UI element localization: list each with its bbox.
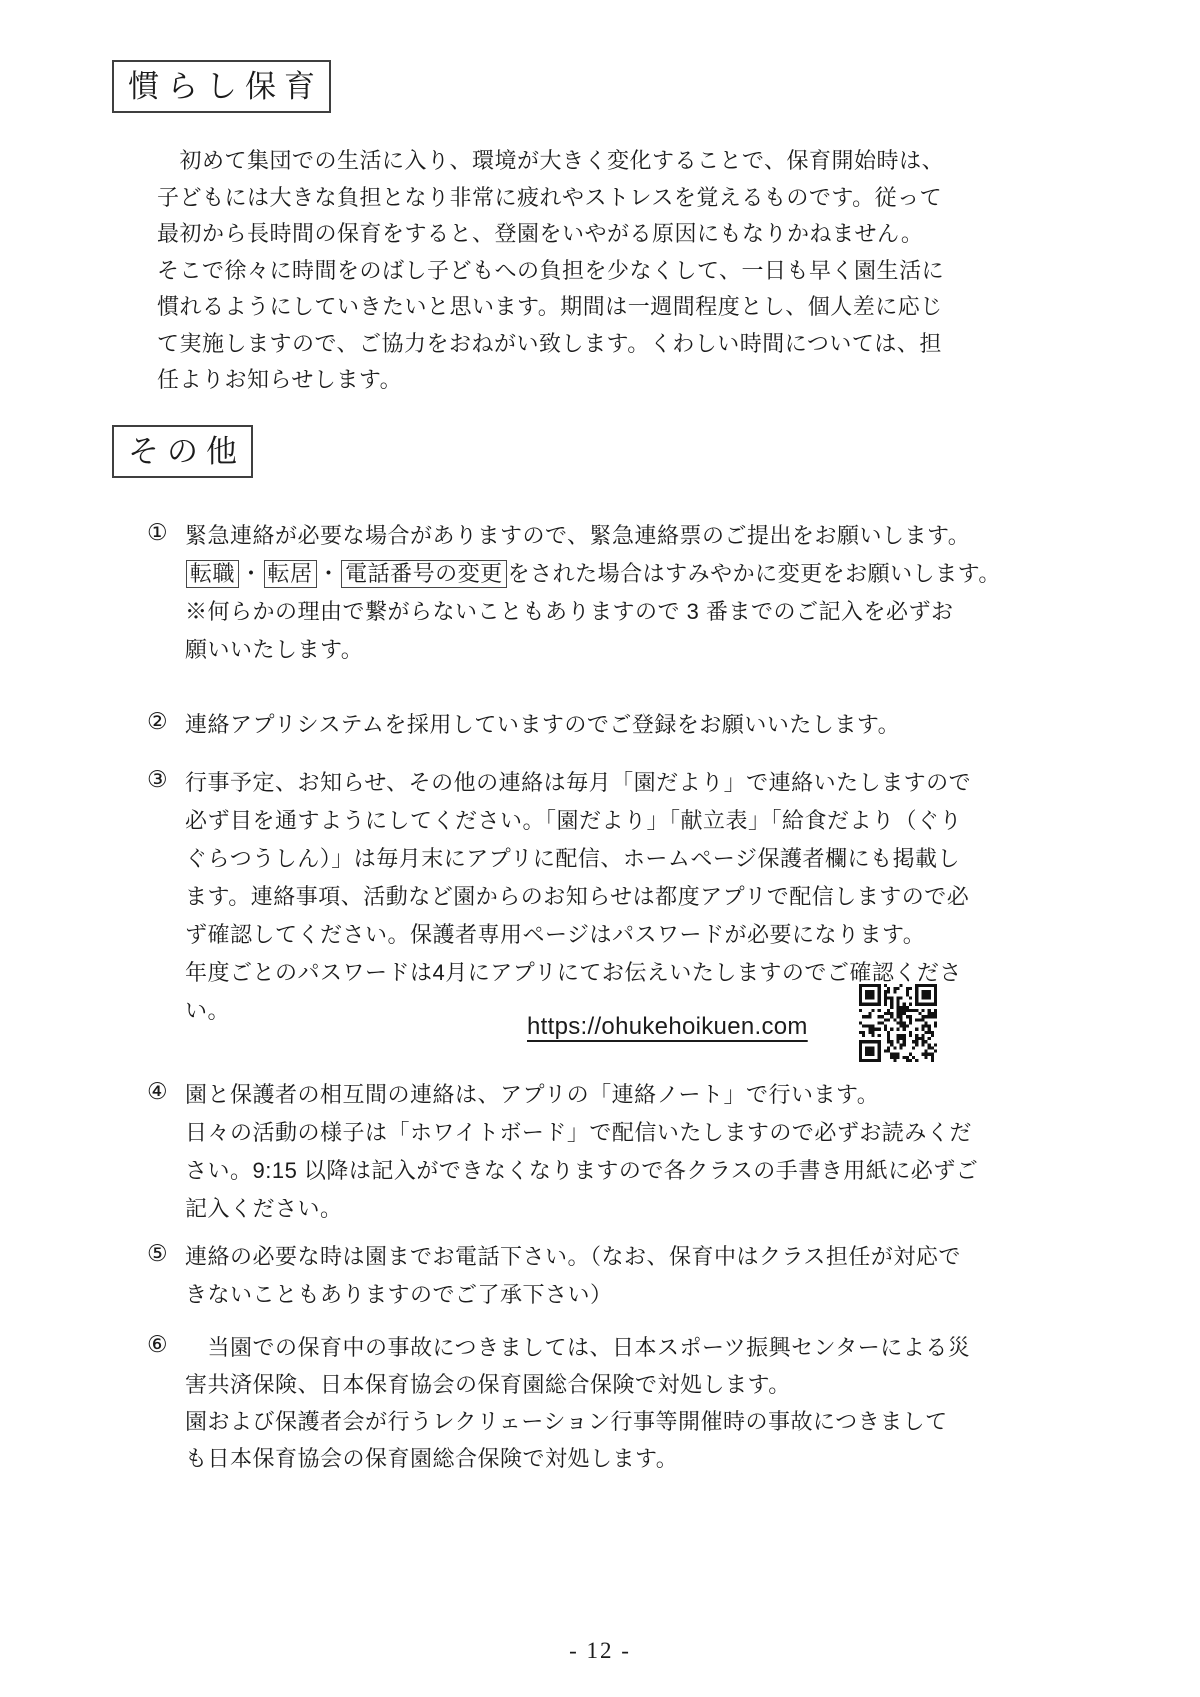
text-line: 園および保護者会が行うレクリェーション行事等開催時の事故につきまして — [185, 1403, 975, 1440]
separator-dot: ・ — [318, 561, 341, 586]
item2-number: ② — [147, 708, 168, 735]
text-line: 日々の活動の様子は「ホワイトボード」で配信いたしますので必ずお読みくだ — [185, 1114, 975, 1152]
text-line: 年度ごとのパスワードは4月にアプリにてお伝えいたしますのでご確認くださ — [185, 954, 975, 992]
qr-code-icon — [859, 984, 937, 1062]
text-line: 子どもには大きな負担となり非常に疲れやストレスを覚えるものです。従って — [157, 180, 952, 217]
item2-body: 連絡アプリシステムを採用していますのでご登録をお願いいたします。 — [185, 706, 975, 744]
text-line: 必ず目を通すようにしてください。「園だより」「献立表」「給食だより（ぐり — [185, 802, 975, 840]
text-line: 連絡の必要な時は園までお電話下さい。（なお、保育中はクラス担任が対応で — [185, 1238, 975, 1276]
text-line: ず確認してください。保護者専用ページはパスワードが必要になります。 — [185, 916, 975, 954]
text-line: ※何らかの理由で繋がらないこともありますので 3 番までのご記入を必ずお — [185, 593, 975, 631]
page-number: - 12 - — [0, 1638, 1200, 1664]
item4-number: ④ — [147, 1078, 168, 1105]
item1-body: 緊急連絡が必要な場合がありますので、緊急連絡票のご提出をお願いします。 転職・転… — [185, 517, 975, 669]
text-line: 害共済保険、日本保育協会の保育園総合保険で対処します。 — [185, 1366, 975, 1403]
item1-number: ① — [147, 519, 168, 546]
boxed-term-phone-number-change: 電話番号の変更 — [341, 560, 507, 588]
text-line: も日本保育協会の保育園総合保険で対処します。 — [185, 1440, 975, 1477]
item1-line2-rest: をされた場合はすみやかに変更をお願いします。 — [508, 561, 1001, 586]
text-line: ます。連絡事項、活動など園からのお知らせは都度アプリで配信しますので必 — [185, 878, 975, 916]
text-line: 願いいたします。 — [185, 631, 975, 669]
text-line: ぐらつうしん）」は毎月末にアプリに配信、ホームページ保護者欄にも掲載し — [185, 840, 975, 878]
item4-body: 園と保護者の相互間の連絡は、アプリの「連絡ノート」で行います。日々の活動の様子は… — [185, 1076, 975, 1228]
boxed-term-moving: 転居 — [264, 560, 317, 588]
item6-body: 当園での保育中の事故につきましては、日本スポーツ振興センターによる災害共済保険、… — [185, 1329, 975, 1477]
section-heading-narashi-hoiku: 慣らし保育 — [112, 60, 331, 113]
text-line: 当園での保育中の事故につきましては、日本スポーツ振興センターによる災 — [185, 1329, 975, 1366]
item5-body: 連絡の必要な時は園までお電話下さい。（なお、保育中はクラス担任が対応できないこと… — [185, 1238, 975, 1314]
document-page: 慣らし保育 初めて集団での生活に入り、環境が大きく変化することで、保育開始時は、… — [0, 0, 1200, 1697]
text-line: さい。9:15 以降は記入ができなくなりますので各クラスの手書き用紙に必ずご — [185, 1152, 975, 1190]
text-line: 任よりお知らせします。 — [157, 362, 952, 399]
text-line: 初めて集団での生活に入り、環境が大きく変化することで、保育開始時は、 — [157, 143, 952, 180]
text-line: きないこともありますのでご了承下さい） — [185, 1276, 975, 1314]
item5-number: ⑤ — [147, 1240, 168, 1267]
section-heading-sonota: その他 — [112, 425, 253, 478]
boxed-term-job-change: 転職 — [186, 560, 239, 588]
item1-line1: 緊急連絡が必要な場合がありますので、緊急連絡票のご提出をお願いします。 — [185, 517, 975, 555]
separator-dot: ・ — [240, 561, 263, 586]
text-line: 最初から長時間の保育をすると、登園をいやがる原因にもなりかねません。 — [157, 216, 952, 253]
text-line: 行事予定、お知らせ、その他の連絡は毎月「園だより」で連絡いたしますので — [185, 764, 975, 802]
item6-number: ⑥ — [147, 1331, 168, 1358]
text-line: そこで徐々に時間をのばし子どもへの負担を少なくして、一日も早く園生活に — [157, 253, 952, 290]
homepage-link[interactable]: https://ohukehoikuen.com — [527, 1013, 808, 1041]
text-line: 慣れるようにしていきたいと思います。期間は一週間程度とし、個人差に応じ — [157, 289, 952, 326]
item1-note: ※何らかの理由で繋がらないこともありますので 3 番までのご記入を必ずお願いいた… — [185, 593, 975, 669]
item1-line2-boxed-terms: 転職・転居・電話番号の変更をされた場合はすみやかに変更をお願いします。 — [185, 555, 975, 593]
item3-number: ③ — [147, 766, 168, 793]
text-line: 園と保護者の相互間の連絡は、アプリの「連絡ノート」で行います。 — [185, 1076, 975, 1114]
text-line: て実施しますので、ご協力をおねがい致します。くわしい時間については、担 — [157, 326, 952, 363]
text-line: 連絡アプリシステムを採用していますのでご登録をお願いいたします。 — [185, 706, 975, 744]
item3-body: 行事予定、お知らせ、その他の連絡は毎月「園だより」で連絡いたしますので必ず目を通… — [185, 764, 975, 1030]
text-line: 記入ください。 — [185, 1190, 975, 1228]
intro-paragraph: 初めて集団での生活に入り、環境が大きく変化することで、保育開始時は、子どもには大… — [157, 143, 952, 399]
